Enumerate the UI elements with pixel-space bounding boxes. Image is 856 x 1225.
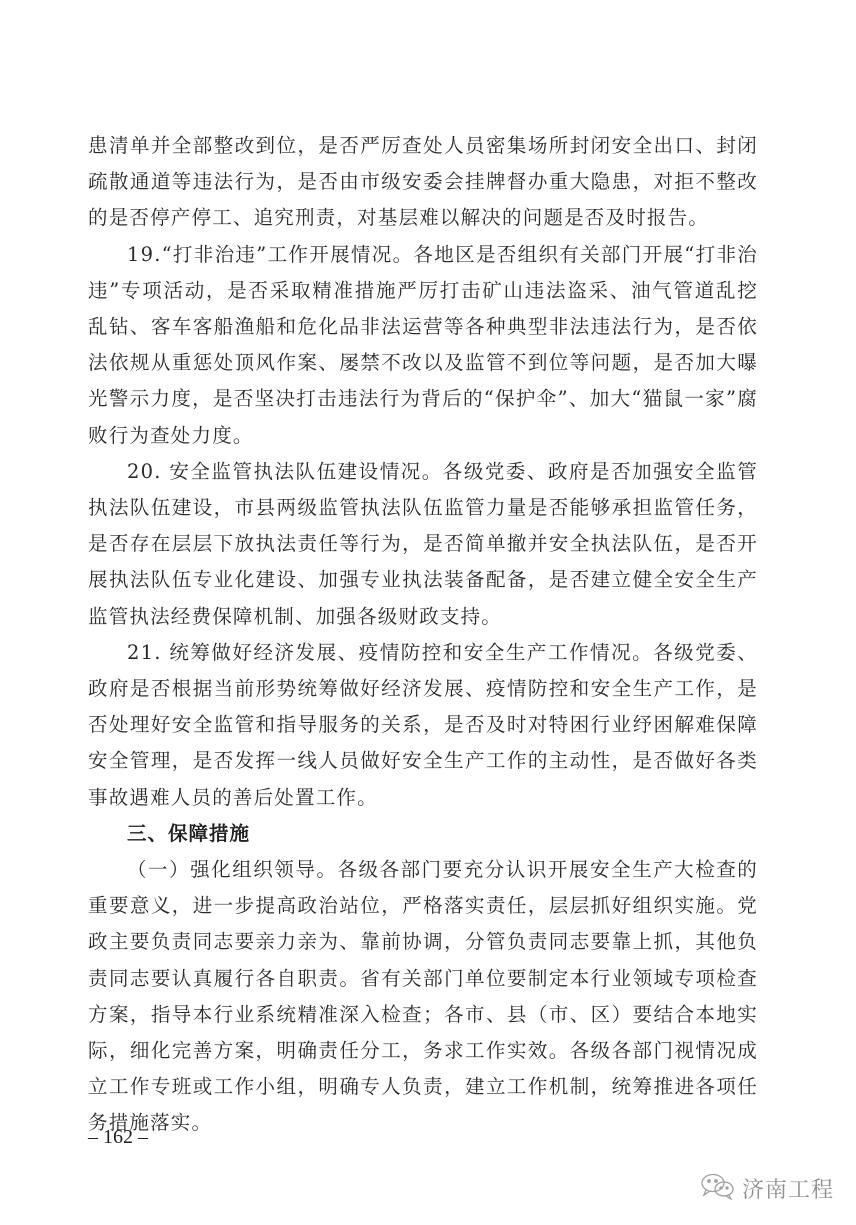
paragraph-item-19: 19.“打非治违”工作开展情况。各地区是否组织有关部门开展“打非治违”专项活动，… [88, 237, 758, 454]
paragraph-item-20: 20. 安全监管执法队伍建设情况。各级党委、政府是否加强安全监管执法队伍建设，市… [88, 454, 758, 635]
section-heading: 三、保障措施 [88, 816, 758, 852]
wechat-icon [700, 1172, 736, 1204]
watermark-text: 济南工程 [742, 1173, 834, 1204]
paragraph-continued: 患清单并全部整改到位，是否严厉查处人员密集场所封闭安全出口、封闭疏散通道等违法行… [88, 128, 758, 237]
page-number: – 162 – [88, 1126, 148, 1149]
paragraph-measure-1: （一）强化组织领导。各级各部门要充分认识开展安全生产大检查的重要意义，进一步提高… [88, 852, 758, 1142]
document-page: 患清单并全部整改到位，是否严厉查处人员密集场所封闭安全出口、封闭疏散通道等违法行… [88, 128, 758, 1142]
watermark: 济南工程 [700, 1172, 834, 1204]
paragraph-item-21: 21. 统筹做好经济发展、疫情防控和安全生产工作情况。各级党委、政府是否根据当前… [88, 635, 758, 816]
